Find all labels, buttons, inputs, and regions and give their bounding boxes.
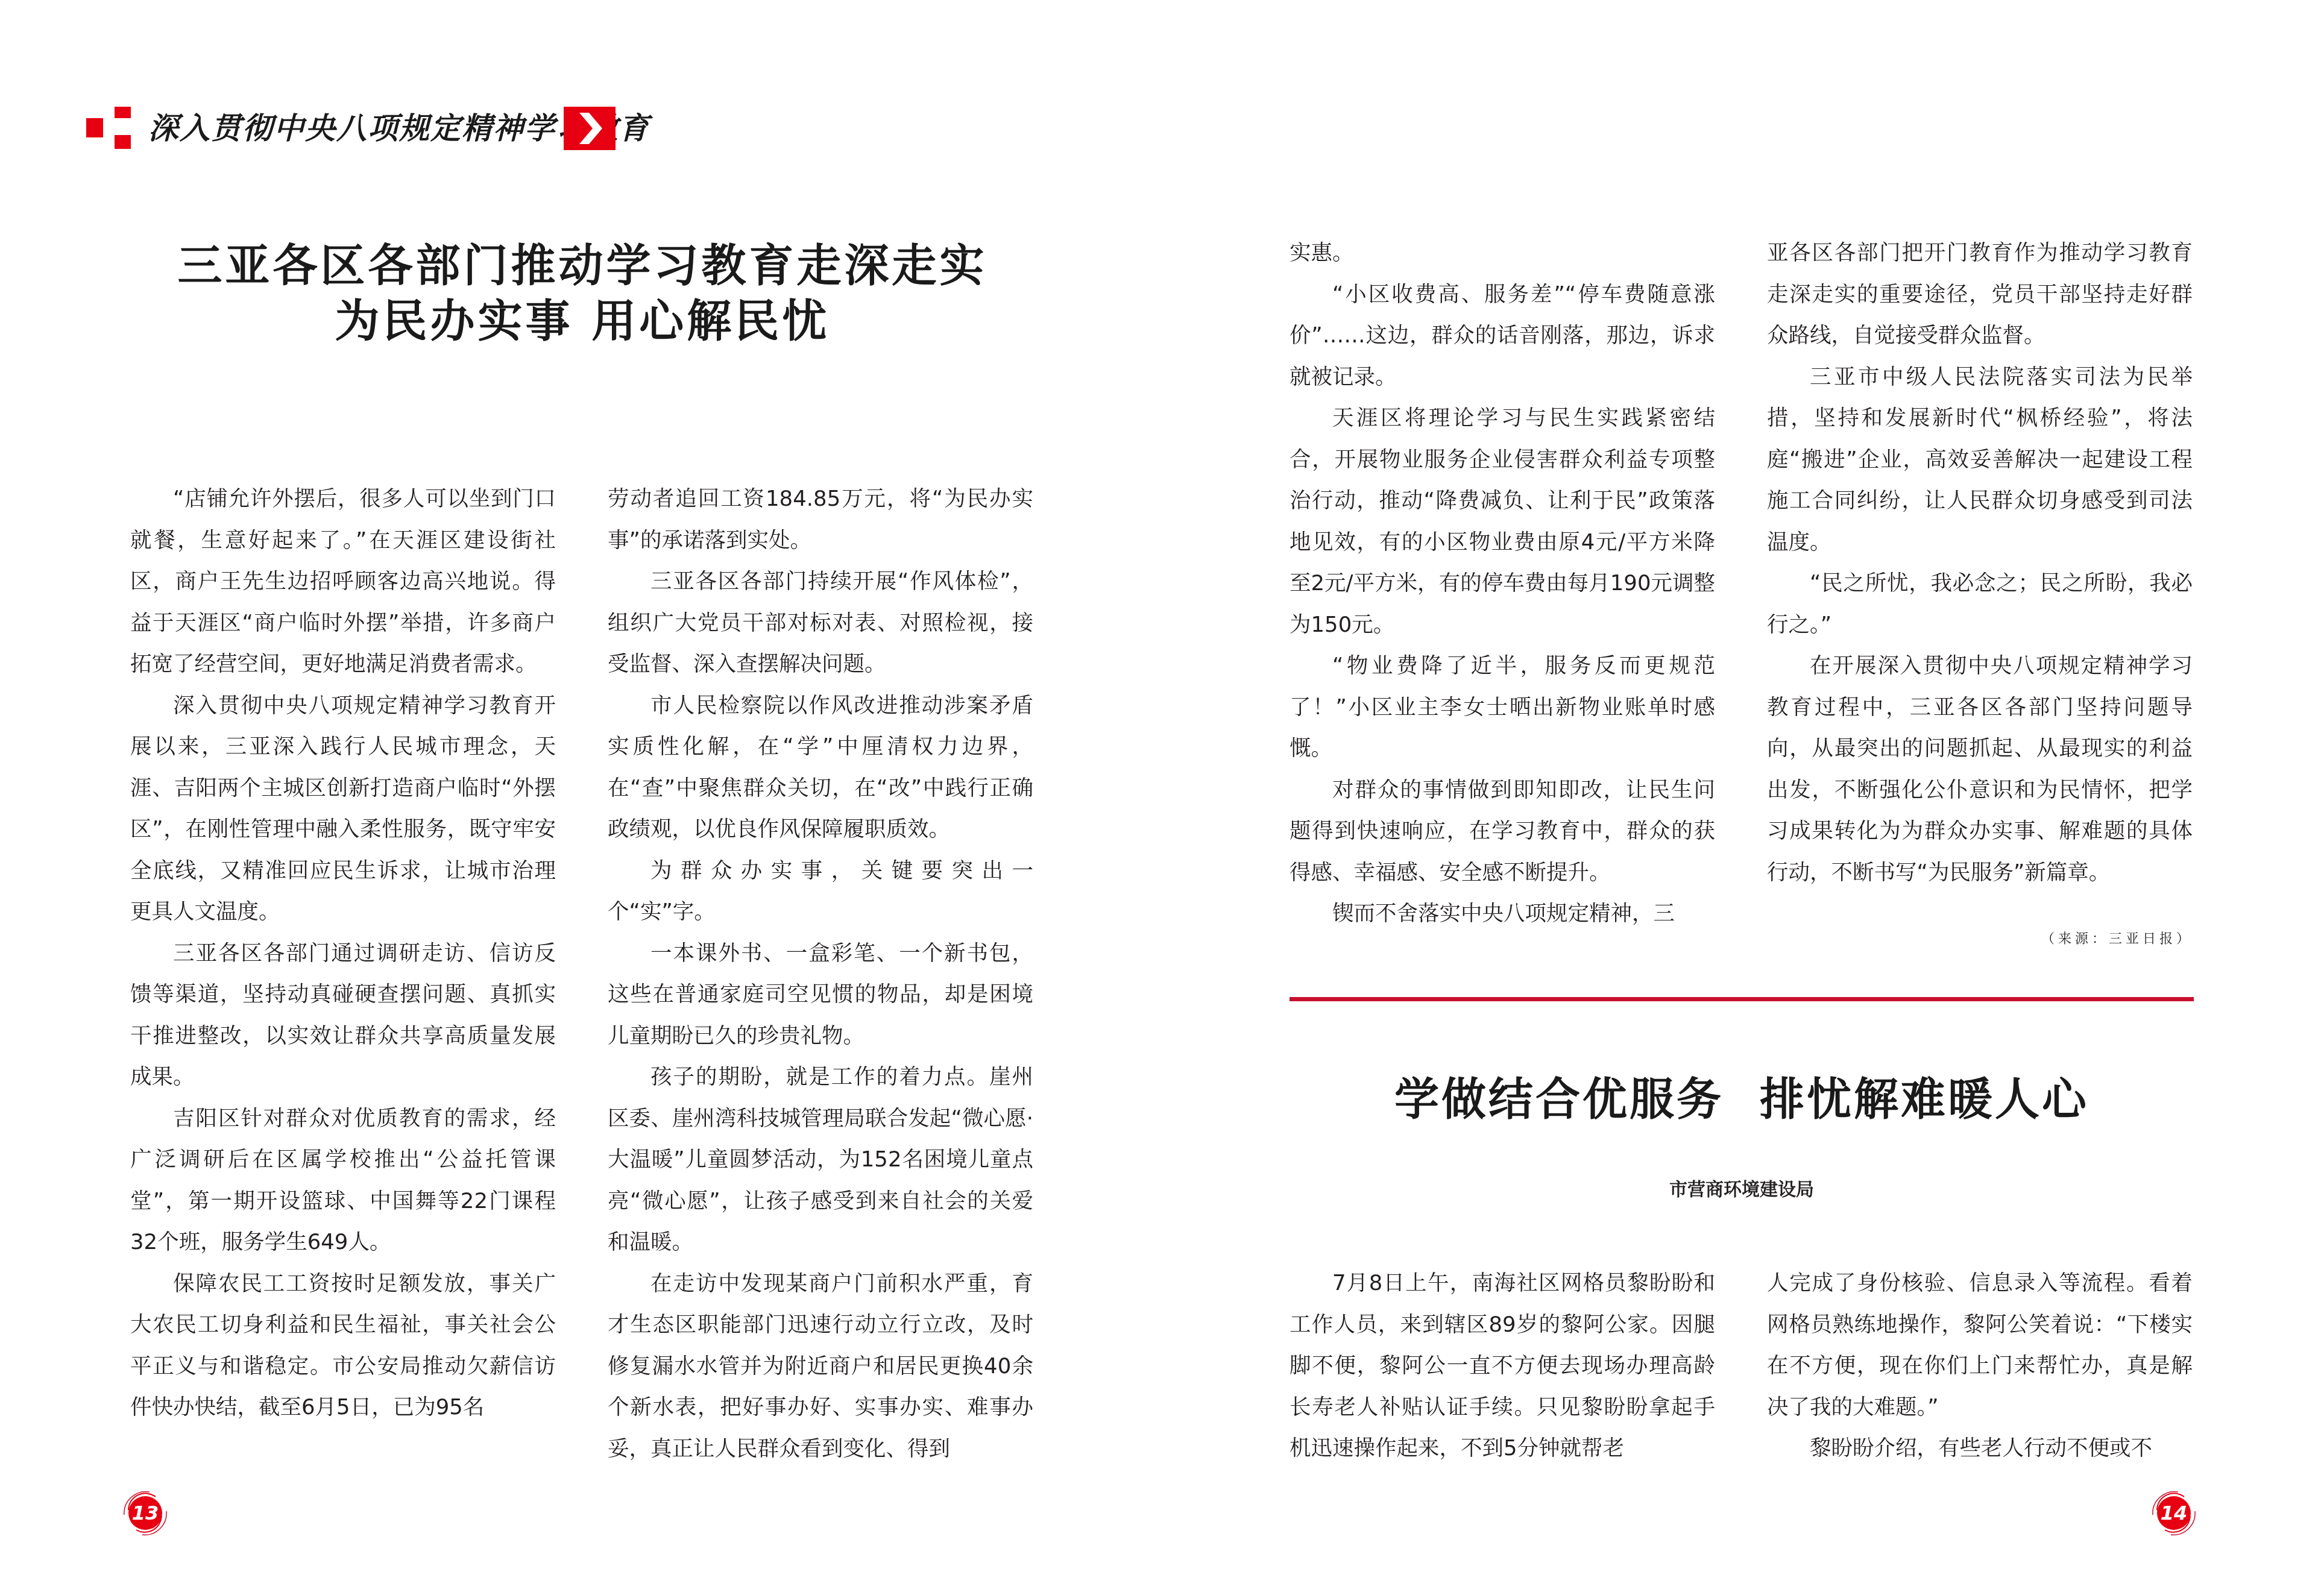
- logo-square-bottom: [115, 135, 131, 149]
- article-1-column-1: “店铺允许外摆后，很多人可以坐到门口就餐，生意好起来了。”在天涯区建设街社区，商…: [130, 479, 556, 1429]
- page-number: 14: [2147, 1486, 2201, 1540]
- article-2-byline: 市营商环境建设局: [1290, 1175, 2194, 1204]
- paragraph: “物业费降了近半，服务反而更规范了！”小区业主李女士晒出新物业账单时感慨。: [1290, 646, 1715, 770]
- paragraph: “小区收费高、服务差”“停车费随意涨价”……这边，群众的话音刚落，那边，诉求就被…: [1290, 274, 1715, 398]
- paragraph: 锲而不舍落实中央八项规定精神，三: [1290, 893, 1715, 935]
- paragraph: “民之所忧，我必念之；民之所盼，我必行之。”: [1767, 563, 2193, 646]
- paragraph: 对群众的事情做到即知即改，让民生问题得到快速响应，在学习教育中，群众的获得感、幸…: [1290, 770, 1715, 894]
- article-1-column-3: 实惠。 “小区收费高、服务差”“停车费随意涨价”……这边，群众的话音刚落，那边，…: [1290, 233, 1715, 935]
- article-2-column-1: 7月8日上午，南海社区网格员黎盼盼和工作人员，来到辖区89岁的黎阿公家。因腿脚不…: [1290, 1263, 1715, 1470]
- article-1-title: 三亚各区各部门推动学习教育走深走实 为民办实事 用心解民忧: [130, 238, 1034, 349]
- paragraph: 保障农民工工资按时足额发放，事关广大农民工切身利益和民生福祉，事关社会公平正义与…: [130, 1263, 556, 1429]
- paragraph: 在开展深入贯彻中央八项规定精神学习教育过程中，三亚各区各部门坚持问题导向，从最突…: [1767, 646, 2193, 893]
- paragraph: 孩子的期盼，就是工作的着力点。崖州区委、崖州湾科技城管理局联合发起“微心愿·大温…: [608, 1057, 1033, 1263]
- paragraph: 在走访中发现某商户门前积水严重，育才生态区职能部门迅速行动立行立改，及时修复漏水…: [608, 1263, 1033, 1470]
- paragraph: 吉阳区针对群众对优质教育的需求，经广泛调研后在区属学校推出“公益托管课堂”，第一…: [130, 1098, 556, 1263]
- paragraph: 三亚各区各部门通过调研走访、信访反馈等渠道，坚持动真碰硬查摆问题、真抓实干推进整…: [130, 933, 556, 1098]
- paragraph: 为群众办实事，关键要突出一个“实”字。: [608, 851, 1033, 933]
- article-2-title: 学做结合优服务排忧解难暖人心: [1290, 1072, 2194, 1127]
- article-1-column-4: 亚各区各部门把开门教育作为推动学习教育走深走实的重要途径，党员干部坚持走好群众路…: [1767, 233, 2193, 893]
- paragraph: 7月8日上午，南海社区网格员黎盼盼和工作人员，来到辖区89岁的黎阿公家。因腿脚不…: [1290, 1263, 1715, 1470]
- paragraph: 深入贯彻中央八项规定精神学习教育开展以来，三亚深入践行人民城市理念，天涯、吉阳两…: [130, 685, 556, 933]
- paragraph-continuation: 亚各区各部门把开门教育作为推动学习教育走深走实的重要途径，党员干部坚持走好群众路…: [1767, 233, 2193, 357]
- paragraph: 三亚各区各部门持续开展“作风体检”，组织广大党员干部对标对表、对照检视，接受监督…: [608, 561, 1033, 685]
- paragraph: “店铺允许外摆后，很多人可以坐到门口就餐，生意好起来了。”在天涯区建设街社区，商…: [130, 479, 556, 685]
- paragraph: 一本课外书、一盒彩笔、一个新书包，这些在普通家庭司空见惯的物品，却是困境儿童期盼…: [608, 933, 1033, 1057]
- article-1-title-line-1: 三亚各区各部门推动学习教育走深走实: [130, 238, 1034, 294]
- article-2-title-part-2: 排忧解难暖人心: [1760, 1074, 2089, 1125]
- logo-square-top: [115, 107, 131, 118]
- article-1-column-2: 劳动者追回工资184.85万元，将“为民办实事”的承诺落到实处。 三亚各区各部门…: [608, 479, 1033, 1470]
- paragraph: 黎盼盼介绍，有些老人行动不便或不: [1767, 1428, 2193, 1470]
- section-logo-icon: [86, 107, 131, 149]
- chevron-right-icon: [564, 107, 616, 150]
- paragraph: 三亚市中级人民法院落实司法为民举措，坚持和发展新时代“枫桥经验”，将法庭“搬进”…: [1767, 357, 2193, 564]
- paragraph: 市人民检察院以作风改进推动涉案矛盾实质性化解，在“学”中厘清权力边界，在“查”中…: [608, 685, 1033, 851]
- page-number: 13: [118, 1486, 172, 1540]
- page-number-badge-right: 14: [2147, 1486, 2201, 1540]
- article-source: （来源：三亚日报）: [1989, 927, 2193, 951]
- paragraph-continuation: 实惠。: [1290, 233, 1715, 274]
- article-2-column-2: 人完成了身份核验、信息录入等流程。看着网格员熟练地操作，黎阿公笑着说：“下楼实在…: [1767, 1263, 2193, 1470]
- article-2-title-part-1: 学做结合优服务: [1394, 1074, 1724, 1125]
- paragraph-continuation: 人完成了身份核验、信息录入等流程。看着网格员熟练地操作，黎阿公笑着说：“下楼实在…: [1767, 1263, 2193, 1428]
- logo-square-left: [86, 118, 103, 137]
- article-1-title-line-2: 为民办实事 用心解民忧: [130, 294, 1034, 349]
- section-divider: [1290, 997, 2194, 1001]
- paragraph-continuation: 劳动者追回工资184.85万元，将“为民办实事”的承诺落到实处。: [608, 479, 1033, 561]
- page-number-badge-left: 13: [118, 1486, 172, 1540]
- paragraph: 天涯区将理论学习与民生实践紧密结合，开展物业服务企业侵害群众利益专项整治行动，推…: [1290, 398, 1715, 646]
